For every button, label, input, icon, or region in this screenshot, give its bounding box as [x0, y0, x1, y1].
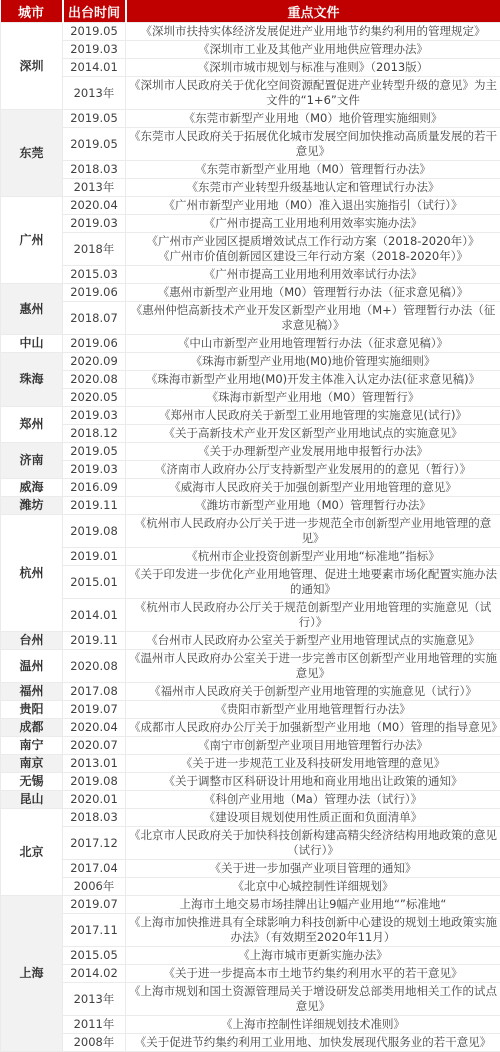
doc-cell: 《深圳市人民政府关于优化空间资源配置促进产业转型升级的意见》为主文件的“1+6”… [126, 77, 500, 110]
table-row: 2015.03《广州市提高工业用地利用效率试行办法》 [1, 266, 500, 284]
doc-title: 《上海市规划和国土资源管理局关于增设研发总部类用地相关工作的试点意见》 [129, 984, 497, 1014]
doc-title: 《关于进一步规范工业及科技研发用地管理的意见》 [129, 756, 497, 771]
date-cell: 2018.07 [63, 302, 126, 335]
table-row: 上海2019.07上海市土地交易市场挂牌出让9幅产业用地“”标准地“ [1, 896, 500, 914]
date-cell: 2013年 [63, 77, 126, 110]
doc-title: 《上海市加快推进具有全球影响力科技创新中心建设的规划土地政策实施办法》（有效期至… [129, 915, 497, 945]
table-row: 2018.03《东莞市新型产业用地（M0）管理暂行办法》 [1, 161, 500, 179]
date-cell: 2016.09 [63, 479, 126, 497]
table-row: 杭州2019.08《杭州市人民政府办公厅关于进一步规范全市创新型产业用地管理的意… [1, 515, 500, 548]
city-cell: 惠州 [1, 284, 63, 335]
date-cell: 2008年 [63, 1034, 126, 1052]
table-row: 2018.07《惠州仲恺高新技术产业开发区新型产业用地（M+）管理暂行办法（征求… [1, 302, 500, 335]
table-row: 2013年《深圳市人民政府关于优化空间资源配置促进产业转型升级的意见》为主文件的… [1, 77, 500, 110]
table-row: 2015.01《关于印发进一步优化产业用地管理、促进土地要素市场化配置实施办法的… [1, 566, 500, 599]
table-row: 2017.12《北京市人民政府关于加快科技创新构建高精尖经济结构用地政策的意见（… [1, 827, 500, 860]
city-cell: 珠海 [1, 353, 63, 407]
table-row: 珠海2020.09《珠海市新型产业用地(M0)地价管理实施细则》 [1, 353, 500, 371]
table-row: 2019.05《东莞市人民政府关于拓展优化城市发展空间加快推动高质量发展的若干意… [1, 128, 500, 161]
table-row: 2017.04《关于进一步加强产业项目管理的通知》 [1, 860, 500, 878]
doc-cell: 《珠海市新型产业用地(M0)开发主体准入认定办法(征求意见稿)》 [126, 371, 500, 389]
table-row: 贵阳2019.07《贵阳市新型产业用地管理暂行办法》 [1, 701, 500, 719]
doc-cell: 《贵阳市新型产业用地管理暂行办法》 [126, 701, 500, 719]
doc-title: 上海市土地交易市场挂牌出让9幅产业用地“”标准地“ [129, 897, 497, 912]
table-row: 2008年《关于促进节约集约利用工业用地、加快发展现代服务业的若干意见》 [1, 1034, 500, 1052]
doc-cell: 《南宁市创新型产业项目用地管理暂行办法》 [126, 737, 500, 755]
city-cell: 广州 [1, 197, 63, 284]
table-row: 2014.01《杭州市人民政府办公厅关于规范创新型产业用地管理的实施意见（试行）… [1, 599, 500, 632]
date-cell: 2020.04 [63, 719, 126, 737]
date-cell: 2017.08 [63, 683, 126, 701]
doc-title: 《福州市人民政府关于创新型产业用地管理的实施意见（试行）》 [129, 684, 497, 699]
city-cell: 深圳 [1, 23, 63, 110]
city-cell: 东莞 [1, 110, 63, 197]
table-row: 2017.11《上海市加快推进具有全球影响力科技创新中心建设的规划土地政策实施办… [1, 914, 500, 947]
date-cell: 2019.05 [63, 443, 126, 461]
doc-title: 《上海市城市更新实施办法》 [129, 948, 497, 963]
doc-cell: 《威海市人民政府关于加强创新型产业用地管理的意见》 [126, 479, 500, 497]
doc-cell: 《温州市人民政府办公室关于进一步完善市区创新型产业用地管理的实施意见》 [126, 650, 500, 683]
doc-title: 《惠州仲恺高新技术产业开发区新型产业用地（M+）管理暂行办法（征求意见稿）》 [129, 303, 497, 333]
table-row: 2018.12《关于高新技术产业开发区新型产业用地试点的实施意见》 [1, 425, 500, 443]
table-row: 2014.02《关于进一步提高本市土地节约集约利用水平的若干意见》 [1, 965, 500, 983]
doc-title: 《深圳市人民政府关于优化空间资源配置促进产业转型升级的意见》为主文件的“1+6”… [129, 78, 497, 108]
doc-cell: 《杭州市人民政府办公厅关于进一步规范全市创新型产业用地管理的意见》 [126, 515, 500, 548]
doc-cell: 《济南市人政府办公厅支持新型产业发展用的的意见（暂行）》 [126, 461, 500, 479]
doc-cell: 《上海市规划和国土资源管理局关于增设研发总部类用地相关工作的试点意见》 [126, 983, 500, 1016]
doc-cell: 《上海市控制性详细规划技术准则》 [126, 1016, 500, 1034]
doc-title: 《广州市产业园区提质增效试点工作行动方案（2018-2020年）》 [129, 234, 497, 249]
table-row: 2013年《上海市规划和国土资源管理局关于增设研发总部类用地相关工作的试点意见》 [1, 983, 500, 1016]
date-cell: 2015.03 [63, 266, 126, 284]
table-row: 2006年《北京中心城控制性详细规划》 [1, 878, 500, 896]
header-doc: 重点文件 [126, 0, 500, 23]
doc-title: 《科创产业用地（Ma）管理办法（试行）》 [129, 792, 497, 807]
doc-title: 《珠海市新型产业用地(M0)地价管理实施细则》 [129, 354, 497, 369]
date-cell: 2019.03 [63, 215, 126, 233]
table-row: 成都2020.04《成都市人民政府办公厅关于加强新型产业用地（M0）管理的指导意… [1, 719, 500, 737]
header-date: 出台时间 [63, 0, 126, 23]
doc-cell: 《杭州市企业投资创新型产业用地“标准地”指标》 [126, 548, 500, 566]
date-cell: 2017.04 [63, 860, 126, 878]
date-cell: 2019.07 [63, 896, 126, 914]
doc-cell: 《惠州市新型产业用地（M0）管理暂行办法（征求意见稿）》 [126, 284, 500, 302]
doc-title: 《广州市价值创新园区建设三年行动方案（2018-2020年）》 [129, 249, 497, 264]
doc-cell: 《中山市新型产业用地管理暂行办法（征求意见稿）》 [126, 335, 500, 353]
doc-title: 《温州市人民政府办公室关于进一步完善市区创新型产业用地管理的实施意见》 [129, 651, 497, 681]
table-row: 南京2013.01《关于进一步规范工业及科技研发用地管理的意见》 [1, 755, 500, 773]
date-cell: 2019.06 [63, 335, 126, 353]
doc-cell: 《关于办理新型产业发展用地申报暂行办法》 [126, 443, 500, 461]
city-cell: 昆山 [1, 791, 63, 809]
date-cell: 2018年 [63, 233, 126, 266]
date-cell: 2020.09 [63, 353, 126, 371]
doc-cell: 《北京市人民政府关于加快科技创新构建高精尖经济结构用地政策的意见（试行）》 [126, 827, 500, 860]
date-cell: 2014.01 [63, 599, 126, 632]
doc-cell: 《杭州市人民政府办公厅关于规范创新型产业用地管理的实施意见（试行）》 [126, 599, 500, 632]
date-cell: 2020.08 [63, 371, 126, 389]
doc-cell: 《上海市城市更新实施办法》 [126, 947, 500, 965]
city-cell: 郑州 [1, 407, 63, 443]
table-row: 2020.05《珠海市新型产业用地（M0）管理暂行》 [1, 389, 500, 407]
date-cell: 2019.03 [63, 461, 126, 479]
date-cell: 2019.05 [63, 128, 126, 161]
doc-cell: 《东莞市新型产业用地（M0）管理暂行办法》 [126, 161, 500, 179]
doc-title: 《台州市人民政府办公室关于新型产业用地管理试点的实施意见》 [129, 633, 497, 648]
doc-title: 《北京中心城控制性详细规划》 [129, 879, 497, 894]
city-cell: 台州 [1, 632, 63, 650]
doc-title: 《关于进一步提高本市土地节约集约利用水平的若干意见》 [129, 966, 497, 981]
table-row: 深圳2019.05《深圳市扶持实体经济发展促进产业用地节约集约利用的管理规定》 [1, 23, 500, 41]
date-cell: 2020.07 [63, 737, 126, 755]
doc-title: 《珠海市新型产业用地(M0)开发主体准入认定办法(征求意见稿)》 [129, 372, 497, 387]
doc-cell: 《建设项目规划使用性质正面和负面清单》 [126, 809, 500, 827]
doc-title: 《广州市提高工业用地利用效率试行办法》 [129, 267, 497, 282]
doc-title: 《上海市控制性详细规划技术准则》 [129, 1017, 497, 1032]
date-cell: 2019.06 [63, 284, 126, 302]
doc-cell: 《广州市提高工业用地利用效率试行办法》 [126, 266, 500, 284]
doc-title: 《威海市人民政府关于加强创新型产业用地管理的意见》 [129, 480, 497, 495]
doc-title: 《中山市新型产业用地管理暂行办法（征求意见稿）》 [129, 336, 497, 351]
date-cell: 2015.05 [63, 947, 126, 965]
date-cell: 2019.05 [63, 23, 126, 41]
doc-cell: 《台州市人民政府办公室关于新型产业用地管理试点的实施意见》 [126, 632, 500, 650]
doc-title: 《深圳市扶持实体经济发展促进产业用地节约集约利用的管理规定》 [129, 24, 497, 39]
table-row: 2019.03《广州市提高工业用地利用效率实施办法》 [1, 215, 500, 233]
doc-cell: 《关于调整市区科研设计用地和商业用地出让政策的通知》 [126, 773, 500, 791]
header-row: 城市 出台时间 重点文件 [1, 0, 500, 23]
doc-title: 《关于进一步加强产业项目管理的通知》 [129, 861, 497, 876]
table-row: 2020.08《珠海市新型产业用地(M0)开发主体准入认定办法(征求意见稿)》 [1, 371, 500, 389]
table-row: 北京2018.03《建设项目规划使用性质正面和负面清单》 [1, 809, 500, 827]
date-cell: 2019.03 [63, 407, 126, 425]
date-cell: 2018.12 [63, 425, 126, 443]
doc-title: 《关于办理新型产业发展用地申报暂行办法》 [129, 444, 497, 459]
table-row: 惠州2019.06《惠州市新型产业用地（M0）管理暂行办法（征求意见稿）》 [1, 284, 500, 302]
city-cell: 济南 [1, 443, 63, 479]
doc-title: 《东莞市人民政府关于拓展优化城市发展空间加快推动高质量发展的若干意见》 [129, 129, 497, 159]
city-cell: 杭州 [1, 515, 63, 632]
doc-cell: 《广州市产业园区提质增效试点工作行动方案（2018-2020年）》《广州市价值创… [126, 233, 500, 266]
policy-table-body: 深圳2019.05《深圳市扶持实体经济发展促进产业用地节约集约利用的管理规定》2… [1, 23, 500, 1052]
table-row: 2019.03《深圳市工业及其他产业用地供应管理办法》 [1, 41, 500, 59]
table-row: 威海2016.09《威海市人民政府关于加强创新型产业用地管理的意见》 [1, 479, 500, 497]
doc-title: 《深圳市工业及其他产业用地供应管理办法》 [129, 42, 497, 57]
date-cell: 2018.03 [63, 809, 126, 827]
doc-cell: 《关于进一步提高本市土地节约集约利用水平的若干意见》 [126, 965, 500, 983]
date-cell: 2020.08 [63, 650, 126, 683]
doc-title: 《东莞市产业转型升级基地认定和管理试行办法》 [129, 180, 497, 195]
date-cell: 2019.05 [63, 110, 126, 128]
date-cell: 2014.02 [63, 965, 126, 983]
table-row: 无锡2019.08《关于调整市区科研设计用地和商业用地出让政策的通知》 [1, 773, 500, 791]
doc-cell: 《关于促进节约集约利用工业用地、加快发展现代服务业的若干意见》 [126, 1034, 500, 1052]
doc-cell: 《成都市人民政府办公厅关于加强新型产业用地（M0）管理的指导意见》 [126, 719, 500, 737]
city-cell: 无锡 [1, 773, 63, 791]
doc-title: 《珠海市新型产业用地（M0）管理暂行》 [129, 390, 497, 405]
doc-cell: 《关于进一步规范工业及科技研发用地管理的意见》 [126, 755, 500, 773]
doc-cell: 《关于高新技术产业开发区新型产业用地试点的实施意见》 [126, 425, 500, 443]
doc-cell: 《东莞市人民政府关于拓展优化城市发展空间加快推动高质量发展的若干意见》 [126, 128, 500, 161]
table-row: 东莞2019.05《东莞市新型产业用地（M0）地价管理实施细则》 [1, 110, 500, 128]
header-city: 城市 [1, 0, 63, 23]
doc-cell: 《关于进一步加强产业项目管理的通知》 [126, 860, 500, 878]
date-cell: 2020.04 [63, 197, 126, 215]
date-cell: 2019.08 [63, 515, 126, 548]
table-header: 城市 出台时间 重点文件 [1, 0, 500, 23]
city-cell: 中山 [1, 335, 63, 353]
table-row: 中山2019.06《中山市新型产业用地管理暂行办法（征求意见稿）》 [1, 335, 500, 353]
date-cell: 2013.01 [63, 755, 126, 773]
doc-cell: 《广州市提高工业用地利用效率实施办法》 [126, 215, 500, 233]
doc-cell: 《东莞市新型产业用地（M0）地价管理实施细则》 [126, 110, 500, 128]
doc-title: 《杭州市人民政府办公厅关于规范创新型产业用地管理的实施意见（试行）》 [129, 600, 497, 630]
doc-cell: 《科创产业用地（Ma）管理办法（试行）》 [126, 791, 500, 809]
doc-cell: 《上海市加快推进具有全球影响力科技创新中心建设的规划土地政策实施办法》（有效期至… [126, 914, 500, 947]
city-cell: 成都 [1, 719, 63, 737]
policy-table: 城市 出台时间 重点文件 深圳2019.05《深圳市扶持实体经济发展促进产业用地… [0, 0, 500, 1052]
table-row: 南宁2020.07《南宁市创新型产业项目用地管理暂行办法》 [1, 737, 500, 755]
doc-title: 《深圳市城市规划与标准与准则》（2013版） [129, 60, 497, 75]
city-cell: 南宁 [1, 737, 63, 755]
doc-cell: 《惠州仲恺高新技术产业开发区新型产业用地（M+）管理暂行办法（征求意见稿）》 [126, 302, 500, 335]
date-cell: 2013年 [63, 179, 126, 197]
doc-cell: 《郑州市人民政府关于新型工业用地管理的实施意见(试行)》 [126, 407, 500, 425]
doc-title: 《关于调整市区科研设计用地和商业用地出让政策的通知》 [129, 774, 497, 789]
date-cell: 2020.01 [63, 791, 126, 809]
city-cell: 福州 [1, 683, 63, 701]
date-cell: 2017.11 [63, 914, 126, 947]
city-cell: 潍坊 [1, 497, 63, 515]
doc-cell: 《东莞市产业转型升级基地认定和管理试行办法》 [126, 179, 500, 197]
doc-title: 《关于高新技术产业开发区新型产业用地试点的实施意见》 [129, 426, 497, 441]
table-row: 2014.01《深圳市城市规划与标准与准则》（2013版） [1, 59, 500, 77]
doc-cell: 《北京中心城控制性详细规划》 [126, 878, 500, 896]
doc-title: 《广州市提高工业用地利用效率实施办法》 [129, 216, 497, 231]
date-cell: 2015.01 [63, 566, 126, 599]
date-cell: 2020.05 [63, 389, 126, 407]
city-cell: 北京 [1, 809, 63, 896]
doc-cell: 《深圳市扶持实体经济发展促进产业用地节约集约利用的管理规定》 [126, 23, 500, 41]
city-cell: 南京 [1, 755, 63, 773]
date-cell: 2019.11 [63, 632, 126, 650]
city-cell: 温州 [1, 650, 63, 683]
table-row: 2013年《东莞市产业转型升级基地认定和管理试行办法》 [1, 179, 500, 197]
table-row: 昆山2020.01《科创产业用地（Ma）管理办法（试行）》 [1, 791, 500, 809]
table-row: 潍坊2019.11《潍坊市新型产业用地（M0）管理暂行办法》 [1, 497, 500, 515]
doc-title: 《广州市新型产业用地（M0）准入退出实施指引（试行）》 [129, 198, 497, 213]
doc-title: 《惠州市新型产业用地（M0）管理暂行办法（征求意见稿）》 [129, 285, 497, 300]
doc-cell: 《深圳市工业及其他产业用地供应管理办法》 [126, 41, 500, 59]
date-cell: 2011年 [63, 1016, 126, 1034]
doc-title: 《关于促进节约集约利用工业用地、加快发展现代服务业的若干意见》 [129, 1035, 497, 1050]
table-row: 郑州2019.03《郑州市人民政府关于新型工业用地管理的实施意见(试行)》 [1, 407, 500, 425]
city-cell: 上海 [1, 896, 63, 1052]
doc-cell: 《潍坊市新型产业用地（M0）管理暂行办法》 [126, 497, 500, 515]
table-row: 2011年《上海市控制性详细规划技术准则》 [1, 1016, 500, 1034]
doc-cell: 《深圳市城市规划与标准与准则》（2013版） [126, 59, 500, 77]
date-cell: 2019.03 [63, 41, 126, 59]
date-cell: 2013年 [63, 983, 126, 1016]
doc-cell: 上海市土地交易市场挂牌出让9幅产业用地“”标准地“ [126, 896, 500, 914]
date-cell: 2019.11 [63, 497, 126, 515]
doc-cell: 《关于印发进一步优化产业用地管理、促进土地要素市场化配置实施办法的通知》 [126, 566, 500, 599]
date-cell: 2019.01 [63, 548, 126, 566]
doc-title: 《贵阳市新型产业用地管理暂行办法》 [129, 702, 497, 717]
doc-title: 《关于印发进一步优化产业用地管理、促进土地要素市场化配置实施办法的通知》 [129, 567, 497, 597]
doc-title: 《北京市人民政府关于加快科技创新构建高精尖经济结构用地政策的意见（试行）》 [129, 828, 497, 858]
doc-cell: 《珠海市新型产业用地(M0)地价管理实施细则》 [126, 353, 500, 371]
doc-title: 《东莞市新型产业用地（M0）地价管理实施细则》 [129, 111, 497, 126]
table-row: 温州2020.08《温州市人民政府办公室关于进一步完善市区创新型产业用地管理的实… [1, 650, 500, 683]
doc-title: 《潍坊市新型产业用地（M0）管理暂行办法》 [129, 498, 497, 513]
doc-title: 《东莞市新型产业用地（M0）管理暂行办法》 [129, 162, 497, 177]
date-cell: 2019.08 [63, 773, 126, 791]
table-row: 广州2020.04《广州市新型产业用地（M0）准入退出实施指引（试行）》 [1, 197, 500, 215]
doc-title: 《济南市人政府办公厅支持新型产业发展用的的意见（暂行）》 [129, 462, 497, 477]
doc-cell: 《福州市人民政府关于创新型产业用地管理的实施意见（试行）》 [126, 683, 500, 701]
table-row: 2019.03《济南市人政府办公厅支持新型产业发展用的的意见（暂行）》 [1, 461, 500, 479]
date-cell: 2014.01 [63, 59, 126, 77]
table-row: 台州2019.11《台州市人民政府办公室关于新型产业用地管理试点的实施意见》 [1, 632, 500, 650]
date-cell: 2006年 [63, 878, 126, 896]
doc-title: 《杭州市企业投资创新型产业用地“标准地”指标》 [129, 549, 497, 564]
date-cell: 2019.07 [63, 701, 126, 719]
doc-cell: 《广州市新型产业用地（M0）准入退出实施指引（试行）》 [126, 197, 500, 215]
doc-title: 《南宁市创新型产业项目用地管理暂行办法》 [129, 738, 497, 753]
table-row: 2019.01《杭州市企业投资创新型产业用地“标准地”指标》 [1, 548, 500, 566]
table-row: 福州2017.08《福州市人民政府关于创新型产业用地管理的实施意见（试行）》 [1, 683, 500, 701]
doc-title: 《建设项目规划使用性质正面和负面清单》 [129, 810, 497, 825]
city-cell: 贵阳 [1, 701, 63, 719]
table-row: 2015.05《上海市城市更新实施办法》 [1, 947, 500, 965]
doc-title: 《郑州市人民政府关于新型工业用地管理的实施意见(试行)》 [129, 408, 497, 423]
table-row: 济南2019.05《关于办理新型产业发展用地申报暂行办法》 [1, 443, 500, 461]
doc-title: 《成都市人民政府办公厅关于加强新型产业用地（M0）管理的指导意见》 [129, 720, 497, 735]
table-row: 2018年《广州市产业园区提质增效试点工作行动方案（2018-2020年）》《广… [1, 233, 500, 266]
city-cell: 威海 [1, 479, 63, 497]
date-cell: 2018.03 [63, 161, 126, 179]
date-cell: 2017.12 [63, 827, 126, 860]
doc-title: 《杭州市人民政府办公厅关于进一步规范全市创新型产业用地管理的意见》 [129, 516, 497, 546]
doc-cell: 《珠海市新型产业用地（M0）管理暂行》 [126, 389, 500, 407]
